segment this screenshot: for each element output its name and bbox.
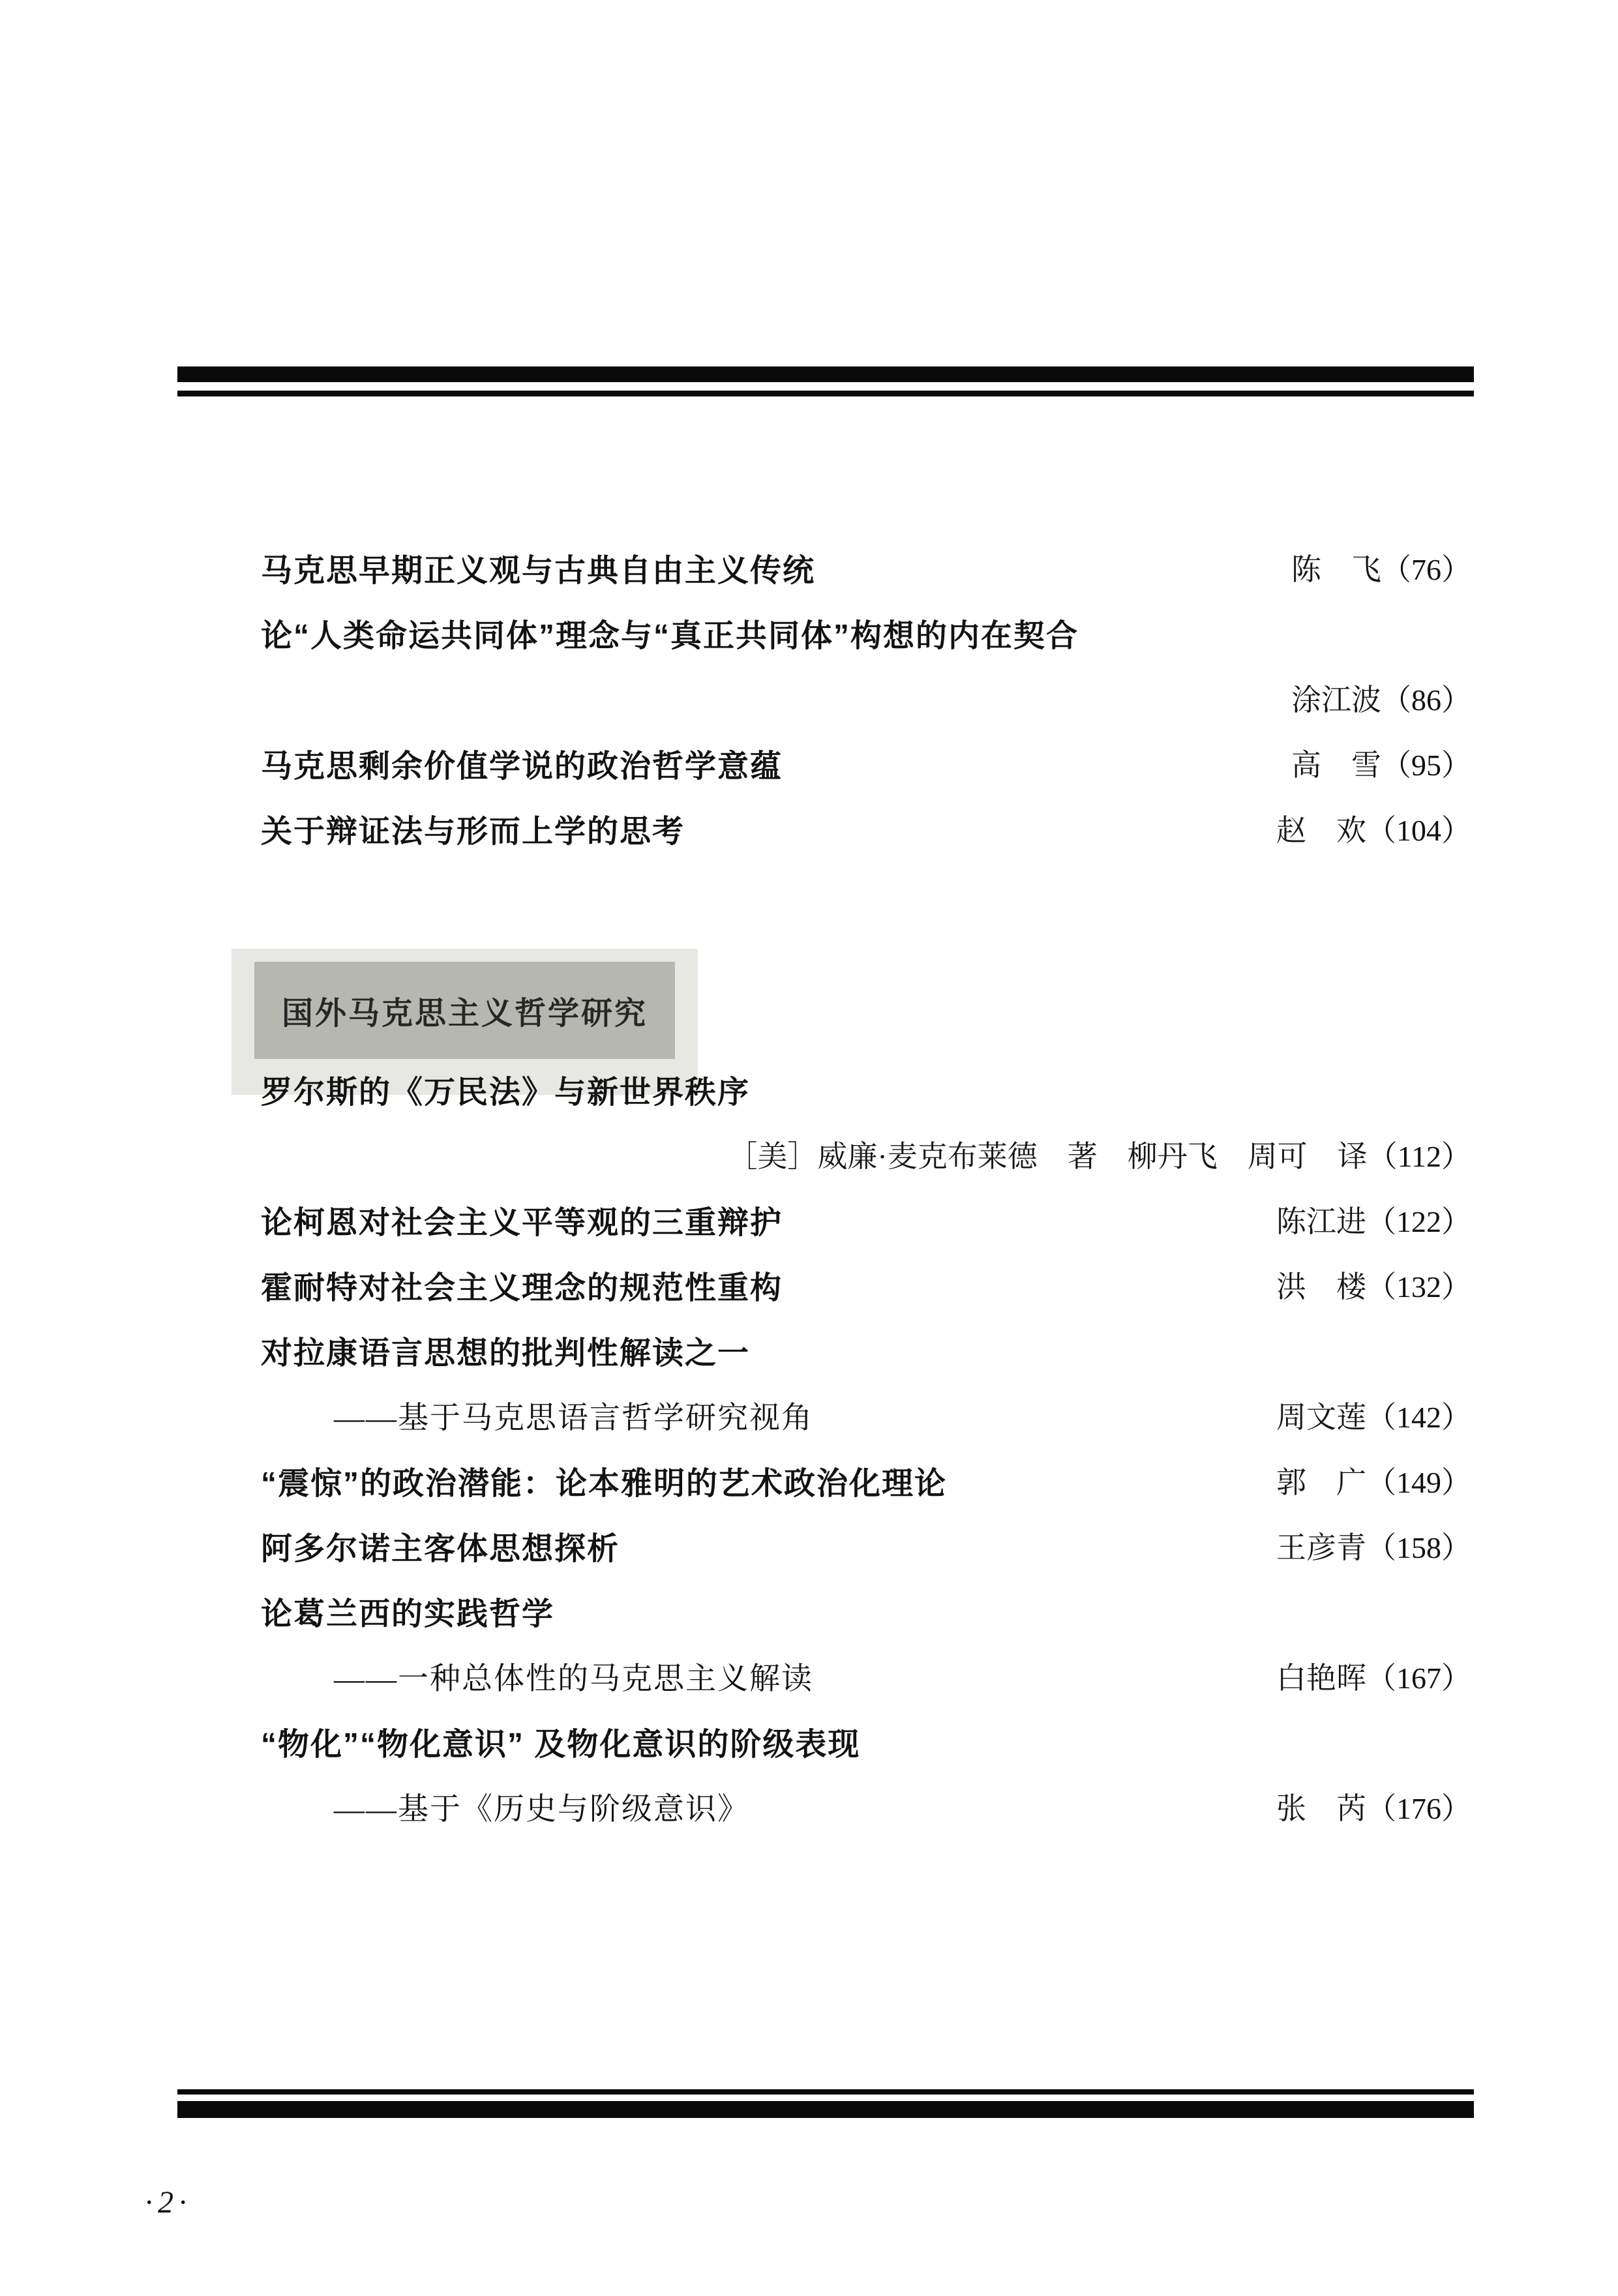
page-number: （176） [1366,1785,1471,1828]
page-number: （104） [1366,807,1471,850]
toc-entry-row: 论柯恩对社会主义平等观的三重辩护 陈江进 （122） [261,1187,1471,1252]
author-name: 王彦青 [1276,1524,1366,1567]
toc-entry-row: 马克思剩余价值学说的政治哲学意蕴 高 雪 （95） [261,730,1471,796]
author-name: 涂江波 [1291,676,1381,719]
article-title: 关于辩证法与形而上学的思考 [261,806,685,851]
author-name: 陈 飞 [1291,546,1381,589]
author-page-block: 陈江进 （122） [1276,1198,1471,1241]
article-title: 罗尔斯的《万民法》与新世界秩序 [261,1067,750,1112]
author-page-block: 高 雪 （95） [1291,741,1471,784]
author-name: 郭 广 [1276,1459,1366,1502]
toc-entry-row: 论葛兰西的实践哲学 [261,1578,1471,1643]
page-number: （167） [1366,1654,1471,1697]
page-number: （158） [1366,1524,1471,1567]
author-name: 白艳晖 [1276,1654,1366,1697]
page-number: （95） [1381,741,1471,784]
toc-entry-row: ——基于马克思语言哲学研究视角 周文莲 （142） [261,1382,1471,1448]
toc-section-2: 罗尔斯的《万民法》与新世界秩序 ［美］威廉·麦克布莱德 著 柳丹飞 周可 译 （… [261,1056,1471,1839]
article-title: 马克思剩余价值学说的政治哲学意蕴 [261,741,783,786]
article-title: “物化”“物化意识” 及物化意识的阶级表现 [261,1719,860,1764]
toc-entry-row: ——一种总体性的马克思主义解读 白艳晖 （167） [261,1643,1471,1708]
top-rule-thin [177,391,1474,396]
toc-entry-row: 对拉康语言思想的批判性解读之一 [261,1317,1471,1382]
author-name: 赵 欢 [1276,807,1366,850]
article-subtitle: ——一种总体性的马克思主义解读 [261,1654,813,1698]
toc-entry-row: 涂江波 （86） [261,665,1471,730]
author-name: 高 雪 [1291,741,1381,784]
translator-credit: ［美］威廉·麦克布莱德 著 柳丹飞 周可 译 [727,1133,1367,1176]
author-page-block: ［美］威廉·麦克布莱德 著 柳丹飞 周可 译 （112） [727,1133,1471,1176]
author-page-block: 涂江波 （86） [1291,676,1471,719]
toc-entry-row: 论“人类命运共同体”理念与“真正共同体”构想的内在契合 [261,600,1471,665]
toc-entry-row: 罗尔斯的《万民法》与新世界秩序 [261,1056,1471,1122]
folio-page-number: ·2· [145,2184,192,2220]
author-name: 张 芮 [1276,1785,1366,1828]
author-page-block: 洪 楼 （132） [1276,1263,1471,1306]
author-page-block: 赵 欢 （104） [1276,807,1471,850]
article-subtitle: ——基于马克思语言哲学研究视角 [261,1394,813,1437]
author-name: 洪 楼 [1276,1263,1366,1306]
section-header-label: 国外马克思主义哲学研究 [254,962,675,1059]
page-number: （86） [1381,676,1471,719]
toc-entry-row: 马克思早期正义观与古典自由主义传统 陈 飞 （76） [261,535,1471,600]
article-title: 论柯恩对社会主义平等观的三重辩护 [261,1197,783,1242]
page-number: （142） [1366,1394,1471,1437]
page-number: （112） [1368,1133,1471,1176]
toc-entry-row: “震惊”的政治潜能：论本雅明的艺术政治化理论 郭 广 （149） [261,1448,1471,1513]
toc-entry-row: 霍耐特对社会主义理念的规范性重构 洪 楼 （132） [261,1252,1471,1317]
author-page-block: 郭 广 （149） [1276,1459,1471,1502]
author-name: 陈江进 [1276,1198,1366,1241]
author-name: 周文莲 [1276,1394,1366,1437]
author-page-block: 周文莲 （142） [1276,1394,1471,1437]
bottom-rule-thin [177,2089,1474,2095]
page-number: （149） [1366,1459,1471,1502]
top-rule-thick [177,366,1474,382]
toc-entry-row: 关于辩证法与形而上学的思考 赵 欢 （104） [261,796,1471,861]
toc-entry-row: ——基于《历史与阶级意识》 张 芮 （176） [261,1774,1471,1839]
author-page-block: 王彦青 （158） [1276,1524,1471,1567]
bottom-rule-thick [177,2101,1474,2118]
toc-entry-row: 阿多尔诺主客体思想探析 王彦青 （158） [261,1513,1471,1578]
article-title: 霍耐特对社会主义理念的规范性重构 [261,1262,783,1307]
article-title: 论葛兰西的实践哲学 [261,1588,554,1633]
article-title: 马克思早期正义观与古典自由主义传统 [261,545,815,590]
toc-entry-row: “物化”“物化意识” 及物化意识的阶级表现 [261,1708,1471,1774]
article-title: 阿多尔诺主客体思想探析 [261,1523,620,1568]
toc-entry-row: ［美］威廉·麦克布莱德 著 柳丹飞 周可 译 （112） [261,1122,1471,1187]
article-title: “震惊”的政治潜能：论本雅明的艺术政治化理论 [261,1458,947,1503]
page-number: （122） [1366,1198,1471,1241]
author-page-block: 陈 飞 （76） [1291,546,1471,589]
toc-section-1: 马克思早期正义观与古典自由主义传统 陈 飞 （76） 论“人类命运共同体”理念与… [261,535,1471,861]
article-title: 论“人类命运共同体”理念与“真正共同体”构想的内在契合 [261,610,1079,655]
article-title: 对拉康语言思想的批判性解读之一 [261,1328,750,1373]
page-number: （76） [1381,546,1471,589]
page-number: （132） [1366,1263,1471,1306]
article-subtitle: ——基于《历史与阶级意识》 [261,1785,749,1828]
author-page-block: 张 芮 （176） [1276,1785,1471,1828]
author-page-block: 白艳晖 （167） [1276,1654,1471,1697]
